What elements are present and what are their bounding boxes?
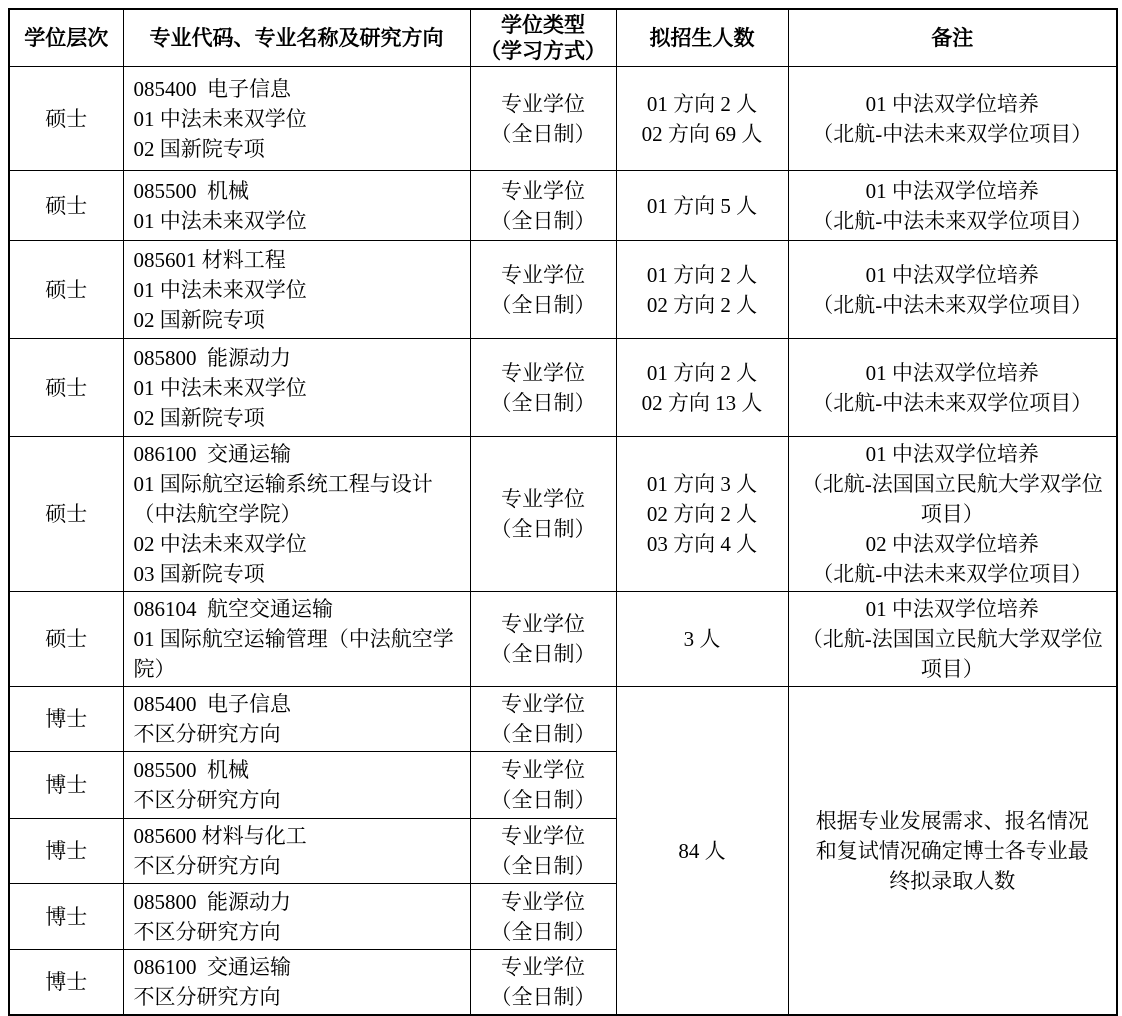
- cell-line: （中法航空学院）: [134, 499, 464, 529]
- level-cell: 硕士: [9, 67, 123, 171]
- cell-line: （北航-中法未来双学位项目）: [797, 119, 1109, 149]
- cell-line: 专业代码、专业名称及研究方向: [128, 25, 466, 51]
- cell-line: 085500 机械: [134, 176, 464, 206]
- enrollment-cell: 01 方向 5 人: [616, 171, 788, 241]
- master-row: 硕士085400 电子信息01 中法未来双学位02 国新院专项专业学位（全日制）…: [9, 67, 1117, 171]
- cell-line: 02 国新院专项: [134, 134, 464, 164]
- cell-line: 085600 材料与化工: [134, 821, 464, 851]
- cell-line: （全日制）: [475, 639, 612, 669]
- major-cell: 085400 电子信息不区分研究方向: [123, 687, 470, 752]
- degree-type-cell: 专业学位（全日制）: [470, 884, 616, 950]
- header-degree_type: 学位类型（学习方式）: [470, 9, 616, 67]
- cell-line: 专业学位: [475, 952, 612, 982]
- enrollment-cell: 01 方向 2 人02 方向 69 人: [616, 67, 788, 171]
- cell-line: 学位类型: [475, 12, 612, 38]
- cell-line: 02 国新院专项: [134, 403, 464, 433]
- cell-line: （全日制）: [475, 719, 612, 749]
- cell-line: 01 方向 2 人: [621, 89, 784, 119]
- cell-line: 专业学位: [475, 609, 612, 639]
- cell-line: 01 中法双学位培养: [797, 89, 1109, 119]
- degree-type-cell: 专业学位（全日制）: [470, 950, 616, 1016]
- cell-line: 不区分研究方向: [134, 917, 464, 947]
- cell-line: 不区分研究方向: [134, 851, 464, 881]
- cell-line: 01 中法未来双学位: [134, 373, 464, 403]
- cell-line: 03 方向 4 人: [621, 529, 784, 559]
- cell-line: 01 中法双学位培养: [797, 439, 1109, 469]
- cell-line: 专业学位: [475, 358, 612, 388]
- cell-line: 085800 能源动力: [134, 343, 464, 373]
- admissions-table: 学位层次专业代码、专业名称及研究方向学位类型（学习方式）拟招生人数备注 硕士08…: [8, 8, 1118, 1016]
- cell-line: 02 方向 69 人: [621, 119, 784, 149]
- cell-line: 01 中法双学位培养: [797, 594, 1109, 624]
- major-cell: 085500 机械不区分研究方向: [123, 752, 470, 819]
- level-cell: 硕士: [9, 171, 123, 241]
- doctoral-remark-merged-cell: 根据专业发展需求、报名情况和复试情况确定博士各专业最终拟录取人数: [788, 687, 1117, 1016]
- cell-line: 拟招生人数: [621, 25, 784, 51]
- remark-cell: 01 中法双学位培养（北航-中法未来双学位项目）: [788, 241, 1117, 339]
- degree-type-cell: 专业学位（全日制）: [470, 339, 616, 437]
- enrollment-cell: 01 方向 2 人02 方向 2 人: [616, 241, 788, 339]
- cell-line: 01 中法未来双学位: [134, 104, 464, 134]
- master-row: 硕士085800 能源动力01 中法未来双学位02 国新院专项专业学位（全日制）…: [9, 339, 1117, 437]
- doctoral-enrollment-merged-cell: 84 人: [616, 687, 788, 1016]
- master-row: 硕士085500 机械01 中法未来双学位专业学位（全日制）01 方向 5 人0…: [9, 171, 1117, 241]
- cell-line: 专业学位: [475, 689, 612, 719]
- cell-line: 01 中法双学位培养: [797, 358, 1109, 388]
- master-row: 硕士086100 交通运输01 国际航空运输系统工程与设计（中法航空学院）02 …: [9, 437, 1117, 592]
- cell-line: 01 方向 2 人: [621, 358, 784, 388]
- remark-cell: 01 中法双学位培养（北航-中法未来双学位项目）: [788, 171, 1117, 241]
- cell-line: （全日制）: [475, 514, 612, 544]
- major-cell: 085601 材料工程01 中法未来双学位02 国新院专项: [123, 241, 470, 339]
- cell-line: 085500 机械: [134, 755, 464, 785]
- enrollment-cell: 3 人: [616, 592, 788, 687]
- degree-type-cell: 专业学位（全日制）: [470, 67, 616, 171]
- cell-line: 备注: [793, 25, 1113, 51]
- remark-cell: 01 中法双学位培养（北航-法国国立民航大学双学位项目）: [788, 592, 1117, 687]
- level-cell: 博士: [9, 687, 123, 752]
- degree-type-cell: 专业学位（全日制）: [470, 241, 616, 339]
- cell-line: 专业学位: [475, 821, 612, 851]
- cell-line: （北航-中法未来双学位项目）: [797, 559, 1109, 589]
- cell-line: 02 方向 2 人: [621, 290, 784, 320]
- level-cell: 硕士: [9, 592, 123, 687]
- cell-line: 专业学位: [475, 755, 612, 785]
- cell-line: 不区分研究方向: [134, 719, 464, 749]
- cell-line: 专业学位: [475, 260, 612, 290]
- cell-line: 086100 交通运输: [134, 439, 464, 469]
- doctoral-row: 博士085400 电子信息不区分研究方向专业学位（全日制）84 人根据专业发展需…: [9, 687, 1117, 752]
- cell-line: 01 方向 5 人: [621, 191, 784, 221]
- enrollment-cell: 01 方向 3 人02 方向 2 人03 方向 4 人: [616, 437, 788, 592]
- cell-line: （全日制）: [475, 388, 612, 418]
- cell-line: （全日制）: [475, 785, 612, 815]
- header-remark: 备注: [788, 9, 1117, 67]
- cell-line: 03 国新院专项: [134, 559, 464, 589]
- cell-line: 专业学位: [475, 89, 612, 119]
- header-level: 学位层次: [9, 9, 123, 67]
- cell-line: （北航-中法未来双学位项目）: [797, 206, 1109, 236]
- cell-line: 01 中法双学位培养: [797, 260, 1109, 290]
- cell-line: （全日制）: [475, 851, 612, 881]
- major-cell: 085500 机械01 中法未来双学位: [123, 171, 470, 241]
- major-cell: 086100 交通运输01 国际航空运输系统工程与设计（中法航空学院）02 中法…: [123, 437, 470, 592]
- degree-type-cell: 专业学位（全日制）: [470, 819, 616, 884]
- major-cell: 085600 材料与化工不区分研究方向: [123, 819, 470, 884]
- major-cell: 085800 能源动力不区分研究方向: [123, 884, 470, 950]
- major-cell: 086100 交通运输不区分研究方向: [123, 950, 470, 1016]
- cell-line: （学习方式）: [475, 38, 612, 64]
- cell-line: 专业学位: [475, 176, 612, 206]
- major-cell: 085400 电子信息01 中法未来双学位02 国新院专项: [123, 67, 470, 171]
- degree-type-cell: 专业学位（全日制）: [470, 437, 616, 592]
- major-cell: 085800 能源动力01 中法未来双学位02 国新院专项: [123, 339, 470, 437]
- level-cell: 博士: [9, 950, 123, 1016]
- degree-type-cell: 专业学位（全日制）: [470, 592, 616, 687]
- cell-line: 01 国际航空运输系统工程与设计: [134, 469, 464, 499]
- cell-line: （全日制）: [475, 982, 612, 1012]
- cell-line: 01 中法双学位培养: [797, 176, 1109, 206]
- cell-line: 学位层次: [14, 25, 119, 51]
- level-cell: 硕士: [9, 437, 123, 592]
- level-cell: 博士: [9, 752, 123, 819]
- level-cell: 硕士: [9, 241, 123, 339]
- cell-line: 086100 交通运输: [134, 952, 464, 982]
- cell-line: （全日制）: [475, 290, 612, 320]
- cell-line: 01 中法未来双学位: [134, 206, 464, 236]
- cell-line: 01 中法未来双学位: [134, 275, 464, 305]
- cell-line: （全日制）: [475, 119, 612, 149]
- cell-line: 02 方向 13 人: [621, 388, 784, 418]
- level-cell: 博士: [9, 819, 123, 884]
- cell-line: （北航-法国国立民航大学双学位项目）: [797, 624, 1109, 684]
- cell-line: 02 中法未来双学位: [134, 529, 464, 559]
- cell-line: 3 人: [621, 624, 784, 654]
- cell-line: 不区分研究方向: [134, 785, 464, 815]
- cell-line: 086104 航空交通运输: [134, 594, 464, 624]
- cell-line: 02 中法双学位培养: [797, 529, 1109, 559]
- remark-cell: 01 中法双学位培养（北航-法国国立民航大学双学位项目）02 中法双学位培养（北…: [788, 437, 1117, 592]
- table-body: 硕士085400 电子信息01 中法未来双学位02 国新院专项专业学位（全日制）…: [9, 67, 1117, 1016]
- level-cell: 硕士: [9, 339, 123, 437]
- degree-type-cell: 专业学位（全日制）: [470, 171, 616, 241]
- cell-line: （北航-法国国立民航大学双学位项目）: [797, 469, 1109, 529]
- cell-line: 085800 能源动力: [134, 887, 464, 917]
- cell-line: 02 国新院专项: [134, 305, 464, 335]
- cell-line: （全日制）: [475, 917, 612, 947]
- degree-type-cell: 专业学位（全日制）: [470, 752, 616, 819]
- header-enrollment: 拟招生人数: [616, 9, 788, 67]
- master-row: 硕士086104 航空交通运输01 国际航空运输管理（中法航空学院）专业学位（全…: [9, 592, 1117, 687]
- remark-cell: 01 中法双学位培养（北航-中法未来双学位项目）: [788, 339, 1117, 437]
- cell-line: 不区分研究方向: [134, 982, 464, 1012]
- level-cell: 博士: [9, 884, 123, 950]
- cell-line: 085400 电子信息: [134, 74, 464, 104]
- cell-line: 01 方向 2 人: [621, 260, 784, 290]
- header-major: 专业代码、专业名称及研究方向: [123, 9, 470, 67]
- master-row: 硕士085601 材料工程01 中法未来双学位02 国新院专项专业学位（全日制）…: [9, 241, 1117, 339]
- cell-line: （北航-中法未来双学位项目）: [797, 290, 1109, 320]
- degree-type-cell: 专业学位（全日制）: [470, 687, 616, 752]
- cell-line: （全日制）: [475, 206, 612, 236]
- cell-line: （北航-中法未来双学位项目）: [797, 388, 1109, 418]
- cell-line: 085400 电子信息: [134, 689, 464, 719]
- major-cell: 086104 航空交通运输01 国际航空运输管理（中法航空学院）: [123, 592, 470, 687]
- remark-cell: 01 中法双学位培养（北航-中法未来双学位项目）: [788, 67, 1117, 171]
- cell-line: 085601 材料工程: [134, 245, 464, 275]
- enrollment-cell: 01 方向 2 人02 方向 13 人: [616, 339, 788, 437]
- cell-line: 01 国际航空运输管理（中法航空学院）: [134, 624, 464, 684]
- cell-line: 02 方向 2 人: [621, 499, 784, 529]
- cell-line: 01 方向 3 人: [621, 469, 784, 499]
- cell-line: 专业学位: [475, 484, 612, 514]
- cell-line: 专业学位: [475, 887, 612, 917]
- table-header: 学位层次专业代码、专业名称及研究方向学位类型（学习方式）拟招生人数备注: [9, 9, 1117, 67]
- header-row: 学位层次专业代码、专业名称及研究方向学位类型（学习方式）拟招生人数备注: [9, 9, 1117, 67]
